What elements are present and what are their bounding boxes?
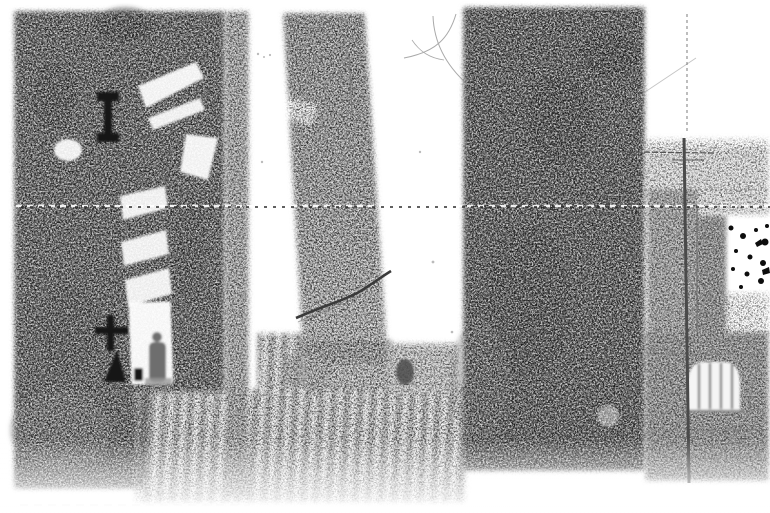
white-oval-blob: [54, 139, 82, 161]
brick-dark-blob: [396, 359, 414, 385]
grain-fine: [0, 0, 770, 513]
bottom-fade: [0, 438, 770, 513]
photocopy-figure: [0, 0, 770, 513]
scan-dotted-line: [16, 206, 770, 207]
arched-window: [684, 362, 745, 411]
right-light-halo: [597, 405, 619, 427]
photocopy-page: Heavily degraded black-and-white photoco…: [0, 0, 770, 513]
